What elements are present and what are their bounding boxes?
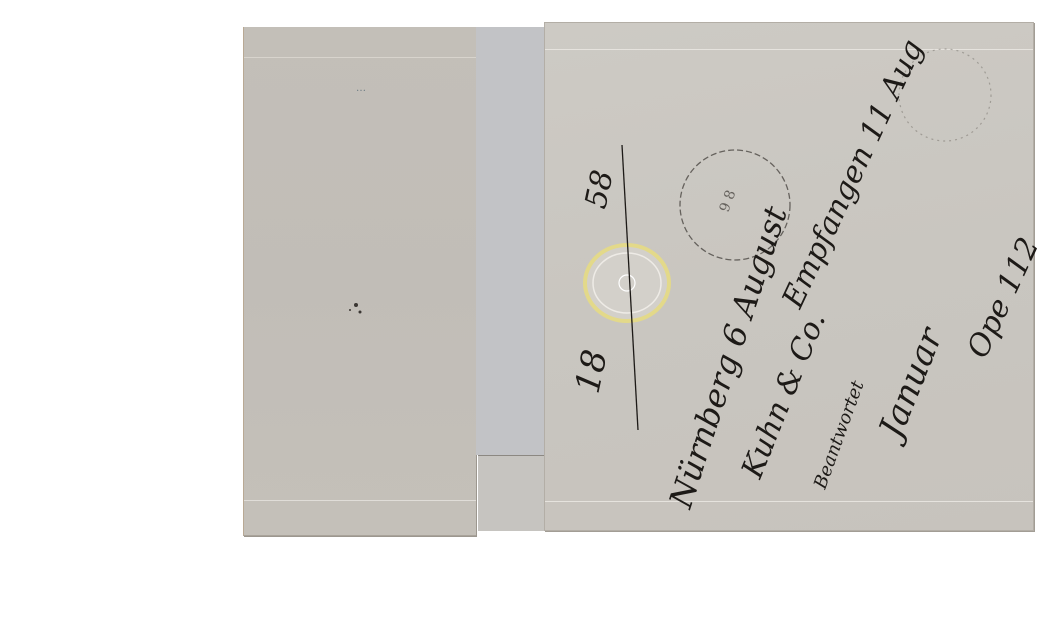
ink-specks xyxy=(349,303,362,314)
line-month: Januar xyxy=(869,321,952,449)
wax-seal xyxy=(585,245,669,321)
line-received: Empfangen 11 Aug xyxy=(775,34,930,314)
line-origin-date: Nürnberg 6 August xyxy=(661,201,795,513)
line-answered: Beantwortet xyxy=(810,377,869,492)
postmark-text: 9 8 xyxy=(717,188,740,214)
year-right: 58 xyxy=(579,167,621,212)
line-reference: Ope 112 xyxy=(961,232,1038,363)
year-left: 18 xyxy=(568,346,616,397)
cover-markings: 9 8 18 58 Nürnberg 6 August Kuhn & Co. E… xyxy=(0,0,1038,622)
